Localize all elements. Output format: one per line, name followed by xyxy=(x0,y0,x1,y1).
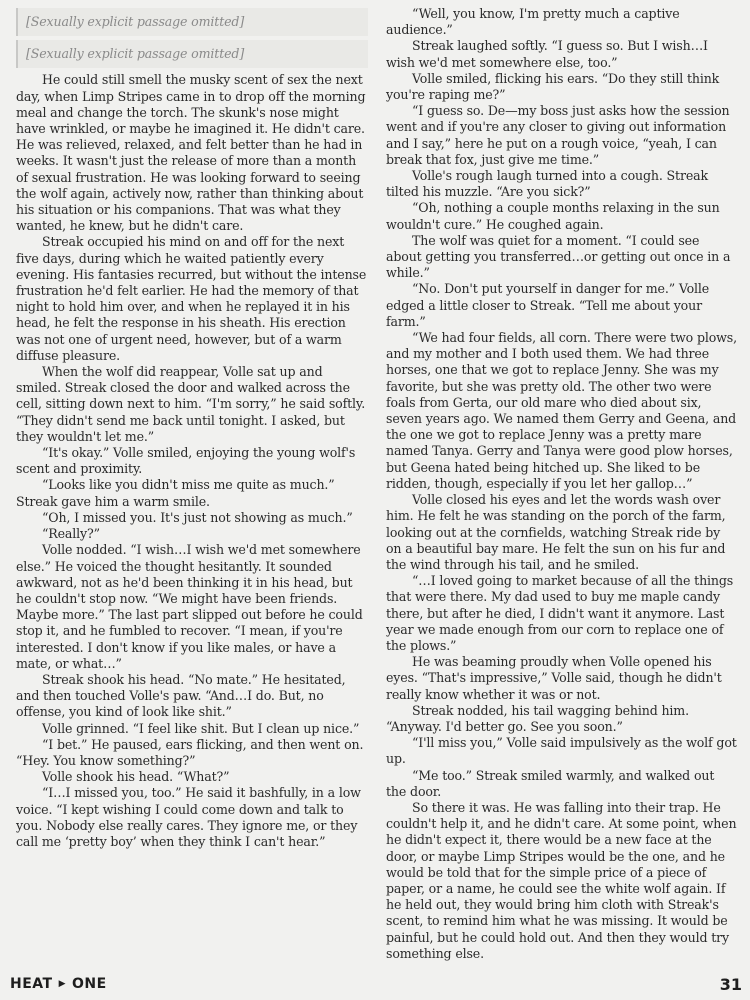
paragraph: “Really?” xyxy=(16,526,368,542)
paragraph: Streak laughed softly. “I guess so. But … xyxy=(386,38,738,70)
page-footer: HEAT ▶ ONE 31 xyxy=(10,974,742,994)
right-column: “Well, you know, I'm pretty much a capti… xyxy=(386,6,738,962)
paragraph: “Well, you know, I'm pretty much a capti… xyxy=(386,6,738,38)
paragraph: The wolf was quiet for a moment. “I coul… xyxy=(386,233,738,282)
paragraph: “Oh, I missed you. It's just not showing… xyxy=(16,510,368,526)
paragraph: Streak nodded, his tail wagging behind h… xyxy=(386,703,738,735)
paragraph: “Oh, nothing a couple months relaxing in… xyxy=(386,200,738,232)
paragraph: “Looks like you didn't miss me quite as … xyxy=(16,477,368,509)
paragraph: Volle grinned. “I feel like shit. But I … xyxy=(16,721,368,737)
paragraph: “I bet.” He paused, ears flicking, and t… xyxy=(16,737,368,769)
paragraph: Volle nodded. “I wish…I wish we'd met so… xyxy=(16,542,368,672)
paragraph: “…I loved going to market because of all… xyxy=(386,573,738,654)
magazine-page: [Sexually explicit passage omitted][Sexu… xyxy=(0,0,750,1000)
left-column: [Sexually explicit passage omitted][Sexu… xyxy=(16,6,368,962)
publication-name: HEAT ▶ ONE xyxy=(10,976,107,992)
text-columns: [Sexually explicit passage omitted][Sexu… xyxy=(16,6,738,962)
paragraph: “Me too.” Streak smiled warmly, and walk… xyxy=(386,768,738,800)
triangle-right-icon: ▶ xyxy=(59,979,66,989)
paragraph: He could still smell the musky scent of … xyxy=(16,72,368,234)
paragraph: “No. Don't put yourself in danger for me… xyxy=(386,281,738,330)
paragraph: Volle's rough laugh turned into a cough.… xyxy=(386,168,738,200)
paragraph: So there it was. He was falling into the… xyxy=(386,800,738,962)
paragraph: Volle closed his eyes and let the words … xyxy=(386,492,738,573)
page-number: 31 xyxy=(720,975,742,994)
redacted-paragraph: [Sexually explicit passage omitted] xyxy=(16,40,368,68)
paragraph: Volle smiled, flicking his ears. “Do the… xyxy=(386,71,738,103)
paragraph: Streak shook his head. “No mate.” He hes… xyxy=(16,672,368,721)
paragraph: “I guess so. De—my boss just asks how th… xyxy=(386,103,738,168)
paragraph: “I'll miss you,” Volle said impulsively … xyxy=(386,735,738,767)
paragraph: “I…I missed you, too.” He said it bashfu… xyxy=(16,785,368,850)
paragraph: “It's okay.” Volle smiled, enjoying the … xyxy=(16,445,368,477)
publication-name-left: HEAT xyxy=(10,976,53,992)
paragraph: Volle shook his head. “What?” xyxy=(16,769,368,785)
redacted-paragraph: [Sexually explicit passage omitted] xyxy=(16,8,368,36)
paragraph: When the wolf did reappear, Volle sat up… xyxy=(16,364,368,445)
paragraph: He was beaming proudly when Volle opened… xyxy=(386,654,738,703)
paragraph: “We had four fields, all corn. There wer… xyxy=(386,330,738,492)
paragraph: Streak occupied his mind on and off for … xyxy=(16,234,368,364)
publication-name-right: ONE xyxy=(72,976,107,992)
